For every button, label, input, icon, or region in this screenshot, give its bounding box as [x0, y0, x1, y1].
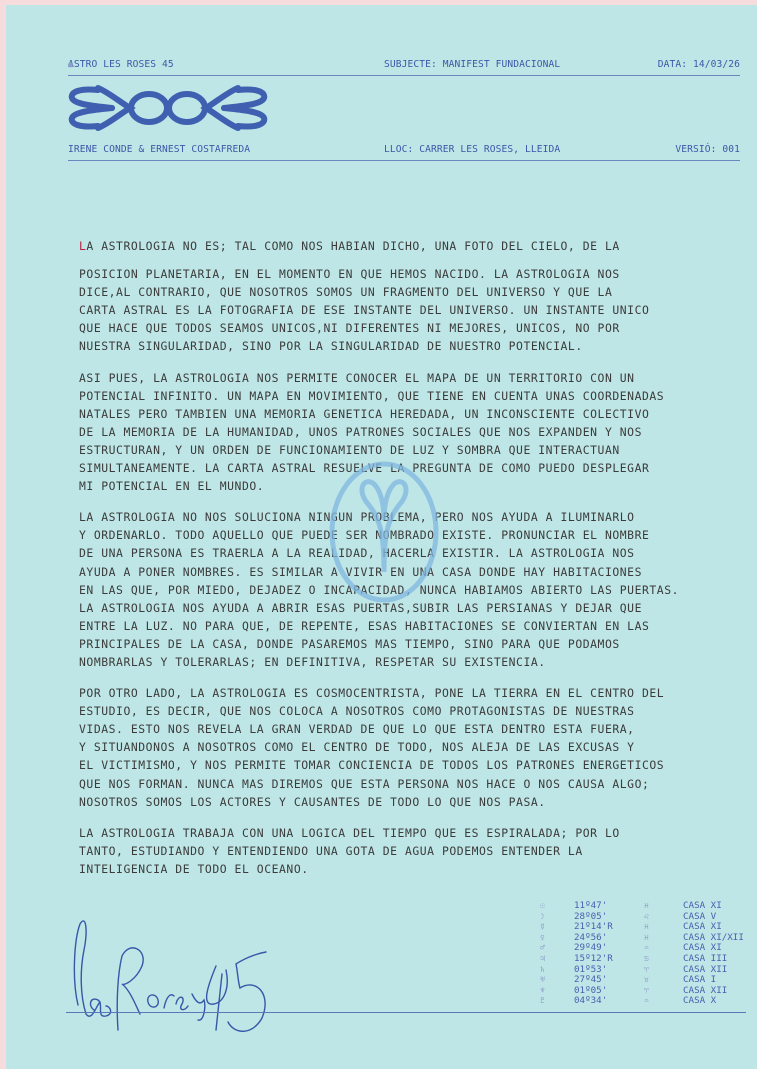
house-label: CASA III [683, 954, 727, 965]
date-label: DATA: 14/03/26 [658, 59, 740, 70]
pluto-symbol-icon: ♇ [540, 996, 545, 1007]
degree-value: 04º34' [574, 996, 607, 1007]
ornament-logo-icon [68, 84, 268, 132]
zodiac-sign-icon: ♌ [644, 912, 649, 923]
zodiac-sign-icon: ♒ [644, 943, 649, 954]
zodiac-sign-icon: ♓ [644, 922, 649, 933]
paragraph: LA ASTROLOGIA TRABAJA CON UNA LOGICA DEL… [79, 824, 757, 878]
jupiter-symbol-icon: ♃ [540, 954, 545, 965]
house-label: CASA X [683, 996, 716, 1007]
zodiac-sign-icon: ♋ [644, 954, 649, 965]
bullet-icon: ● [68, 60, 73, 69]
place-label: LLOC: CARRER LES ROSES, LLEIDA [384, 144, 560, 155]
venus-symbol-icon: ♀ [540, 933, 545, 944]
uranus-symbol-icon: ♅ [540, 975, 545, 986]
paragraph: POR OTRO LADO, LA ASTROLOGIA ES COSMOCEN… [79, 684, 757, 811]
subject-label: SUBJECTE: MANIFEST FUNDACIONAL [384, 59, 560, 70]
zodiac-sign-icon: ♓ [644, 901, 649, 912]
paragraph: LA ASTROLOGIA NO NOS SOLUCIONA NINGUN PR… [79, 508, 757, 671]
version-label: VERSIÓ: 001 [675, 144, 740, 155]
signature-icon [66, 910, 286, 1035]
zodiac-sign-icon: ♈ [644, 965, 649, 976]
paragraph: POSICION PLANETARIA, EN EL MOMENTO EN QU… [79, 265, 757, 355]
degree-value: 15º12'R [574, 954, 613, 965]
header-row-bottom: IRENE CONDE & ERNEST COSTAFREDA LLOC: CA… [68, 143, 740, 161]
moon-symbol-icon: ☽ [540, 912, 545, 923]
paragraph-intro: LA ASTROLOGIA NO ES; TAL COMO NOS HABIAN… [79, 237, 757, 255]
mercury-symbol-icon: ☿ [540, 922, 545, 933]
signature-line [66, 1012, 746, 1013]
brand-label: ●ASTRO LES ROSES 45 [68, 59, 174, 70]
authors-label: IRENE CONDE & ERNEST COSTAFREDA [68, 144, 250, 155]
manifesto-body: LA ASTROLOGIA NO ES; TAL COMO NOS HABIAN… [79, 237, 757, 891]
house-label: CASA XI [683, 901, 722, 912]
neptune-symbol-icon: ♆ [540, 986, 545, 997]
paragraph: ASI PUES, LA ASTROLOGIA NOS PERMITE CONO… [79, 369, 757, 496]
zodiac-sign-icon: ♒ [644, 996, 649, 1007]
zodiac-sign-icon: ♓ [644, 933, 649, 944]
document-page: ●ASTRO LES ROSES 45 SUBJECTE: MANIFEST F… [6, 5, 757, 1069]
mars-symbol-icon: ♂ [540, 943, 545, 954]
sun-symbol-icon: ☉ [540, 901, 545, 912]
zodiac-sign-icon: ♉ [644, 975, 649, 986]
header-row-top: ●ASTRO LES ROSES 45 SUBJECTE: MANIFEST F… [68, 58, 740, 76]
zodiac-sign-icon: ♈ [644, 986, 649, 997]
saturn-symbol-icon: ♄ [540, 965, 545, 976]
degree-value: 11º47' [574, 901, 607, 912]
